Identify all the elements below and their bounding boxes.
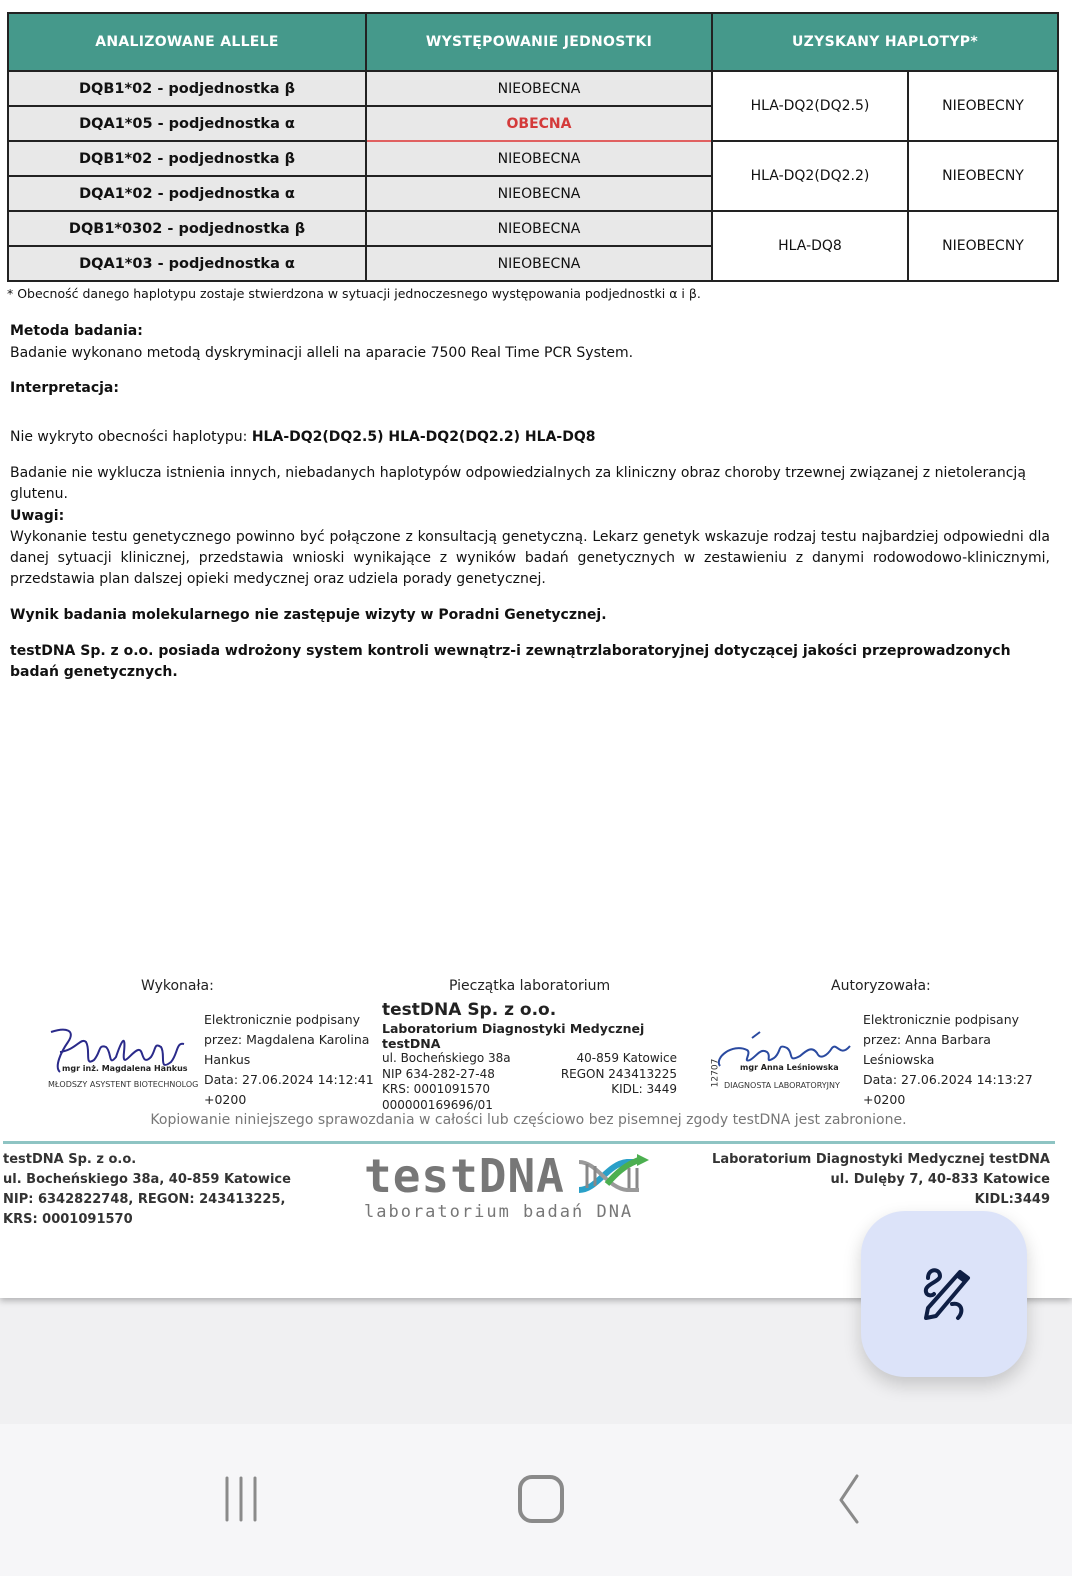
home-button[interactable]	[496, 1464, 586, 1534]
dna-helix-icon	[577, 1154, 651, 1198]
authorized-meta: Elektronicznie podpisany przez: Anna Bar…	[863, 1010, 1033, 1110]
remarks-heading: Uwagi:	[10, 506, 1050, 527]
table-footnote: * Obecność danego haplotypu zostaje stwi…	[7, 286, 701, 301]
occurrence-cell: NIEOBECNA	[366, 141, 712, 176]
table-row: DQB1*02 - podjednostka β NIEOBECNA HLA-D…	[8, 71, 1058, 106]
allele-cell: DQA1*03 - podjednostka α	[8, 246, 366, 281]
remarks-text: Wykonanie testu genetycznego powinno być…	[10, 527, 1050, 590]
allele-cell: DQA1*05 - podjednostka α	[8, 106, 366, 141]
stamp-nip: NIP 634-282-27-48	[382, 1067, 495, 1083]
stamp-extra: 000000169696/01	[382, 1098, 493, 1114]
allele-cell: DQB1*0302 - podjednostka β	[8, 211, 366, 246]
allele-cell: DQA1*02 - podjednostka α	[8, 176, 366, 211]
table-row: DQB1*02 - podjednostka β NIEOBECNA HLA-D…	[8, 141, 1058, 176]
authorized-number: 12707	[710, 1059, 720, 1088]
meta-line: Elektronicznie podpisany	[204, 1010, 374, 1030]
meta-line: przez: Anna Barbara	[863, 1030, 1033, 1050]
meta-line: +0200	[863, 1090, 1033, 1110]
footer-divider	[3, 1141, 1055, 1144]
footer-line: KIDL:3449	[712, 1190, 1050, 1210]
haplotype-result: NIEOBECNY	[908, 211, 1058, 281]
stamp-address: ul. Bocheńskiego 38a	[382, 1051, 511, 1067]
signature-pen-icon	[914, 1264, 974, 1324]
authorized-name: mgr Anna Leśniowska	[740, 1063, 839, 1072]
meta-line: Hankus	[204, 1050, 374, 1070]
allele-cell: DQB1*02 - podjednostka β	[8, 141, 366, 176]
logo-subtitle: laboratorium badań DNA	[364, 1202, 651, 1222]
footer-lab-info: Laboratorium Diagnostyki Medycznej testD…	[712, 1150, 1050, 1210]
haplotype-result: NIEOBECNY	[908, 141, 1058, 211]
interpretation-note: Badanie nie wyklucza istnienia innych, n…	[10, 463, 1050, 505]
header-alleles: ANALIZOWANE ALLELE	[8, 13, 366, 71]
table-header: ANALIZOWANE ALLELE WYSTĘPOWANIE JEDNOSTK…	[8, 13, 1058, 71]
performed-name: mgr inż. Magdalena Hankus	[62, 1064, 188, 1073]
haplotype-name: HLA-DQ2(DQ2.2)	[712, 141, 908, 211]
sign-document-button[interactable]	[861, 1211, 1027, 1377]
stamp-company: testDNA Sp. z o.o.	[382, 1000, 677, 1020]
home-icon	[516, 1474, 566, 1524]
footer-line: testDNA Sp. z o.o.	[3, 1150, 291, 1170]
meta-line: Data: 27.06.2024 14:12:41	[204, 1070, 374, 1090]
recent-apps-button[interactable]	[196, 1464, 286, 1534]
footer-line: Laboratorium Diagnostyki Medycznej testD…	[712, 1150, 1050, 1170]
meta-line: przez: Magdalena Karolina	[204, 1030, 374, 1050]
allele-cell: DQB1*02 - podjednostka β	[8, 71, 366, 106]
meta-line: Elektronicznie podpisany	[863, 1010, 1033, 1030]
header-occurrence: WYSTĘPOWANIE JEDNOSTKI	[366, 13, 712, 71]
interpretation-haplotypes: HLA-DQ2(DQ2.5) HLA-DQ2(DQ2.2) HLA-DQ8	[252, 429, 596, 445]
interpretation-prefix: Nie wykryto obecności haplotypu:	[10, 429, 252, 445]
document-page: ANALIZOWANE ALLELE WYSTĘPOWANIE JEDNOSTK…	[0, 0, 1072, 1298]
header-haplotype: UZYSKANY HAPLOTYP*	[712, 13, 1058, 71]
occurrence-cell-present: OBECNA	[366, 106, 712, 141]
remarks-bold-1: Wynik badania molekularnego nie zastępuj…	[10, 605, 1050, 626]
meta-line: Leśniowska	[863, 1050, 1033, 1070]
system-nav-bar	[0, 1424, 1072, 1576]
performed-label: Wykonała:	[141, 978, 214, 994]
performed-meta: Elektronicznie podpisany przez: Magdalen…	[204, 1010, 374, 1110]
results-table: ANALIZOWANE ALLELE WYSTĘPOWANIE JEDNOSTK…	[7, 12, 1059, 282]
haplotype-name: HLA-DQ8	[712, 211, 908, 281]
stamp-label: Pieczątka laboratorium	[449, 978, 610, 994]
haplotype-result: NIEOBECNY	[908, 71, 1058, 141]
interpretation-heading: Interpretacja:	[10, 378, 1050, 399]
method-heading: Metoda badania:	[10, 321, 1050, 342]
interpretation-result: Nie wykryto obecności haplotypu: HLA-DQ2…	[10, 427, 1050, 448]
lab-stamp: testDNA Sp. z o.o. Laboratorium Diagnost…	[382, 1000, 677, 1113]
meta-line: Data: 27.06.2024 14:13:27	[863, 1070, 1033, 1090]
method-text: Badanie wykonano metodą dyskryminacji al…	[10, 343, 1050, 364]
footer-line: ul. Bocheńskiego 38a, 40-859 Katowice	[3, 1170, 291, 1190]
back-button[interactable]	[799, 1464, 889, 1534]
table-row: DQB1*0302 - podjednostka β NIEOBECNA HLA…	[8, 211, 1058, 246]
stamp-city: 40-859 Katowice	[576, 1051, 677, 1067]
occurrence-cell: NIEOBECNA	[366, 211, 712, 246]
performed-role: MŁODSZY ASYSTENT BIOTECHNOLOG	[48, 1080, 198, 1089]
authorized-role: DIAGNOSTA LABORATORYJNY	[724, 1081, 840, 1090]
meta-line: +0200	[204, 1090, 374, 1110]
stamp-kidl: KIDL: 3449	[611, 1082, 677, 1098]
footer-line: ul. Dulęby 7, 40-833 Katowice	[712, 1170, 1050, 1190]
haplotype-name: HLA-DQ2(DQ2.5)	[712, 71, 908, 141]
logo-text: testDNA	[364, 1150, 565, 1202]
recent-apps-icon	[216, 1474, 266, 1524]
occurrence-cell: NIEOBECNA	[366, 71, 712, 106]
occurrence-cell: NIEOBECNA	[366, 246, 712, 281]
footer-line: KRS: 0001091570	[3, 1210, 291, 1230]
footer-line: NIP: 6342822748, REGON: 243413225,	[3, 1190, 291, 1210]
back-icon	[819, 1474, 869, 1524]
stamp-regon: REGON 243413225	[561, 1067, 677, 1083]
remarks-bold-2: testDNA Sp. z o.o. posiada wdrożony syst…	[10, 641, 1050, 683]
stamp-lab: Laboratorium Diagnostyki Medycznej testD…	[382, 1021, 677, 1051]
stamp-krs: KRS: 0001091570	[382, 1082, 490, 1098]
copy-notice: Kopiowanie niniejszego sprawozdania w ca…	[0, 1112, 1057, 1128]
footer-company-info: testDNA Sp. z o.o. ul. Bocheńskiego 38a,…	[3, 1150, 291, 1230]
testdna-logo: testDNA laboratorium badań DNA	[364, 1150, 651, 1222]
authorized-label: Autoryzowała:	[831, 978, 931, 994]
occurrence-cell: NIEOBECNA	[366, 176, 712, 211]
